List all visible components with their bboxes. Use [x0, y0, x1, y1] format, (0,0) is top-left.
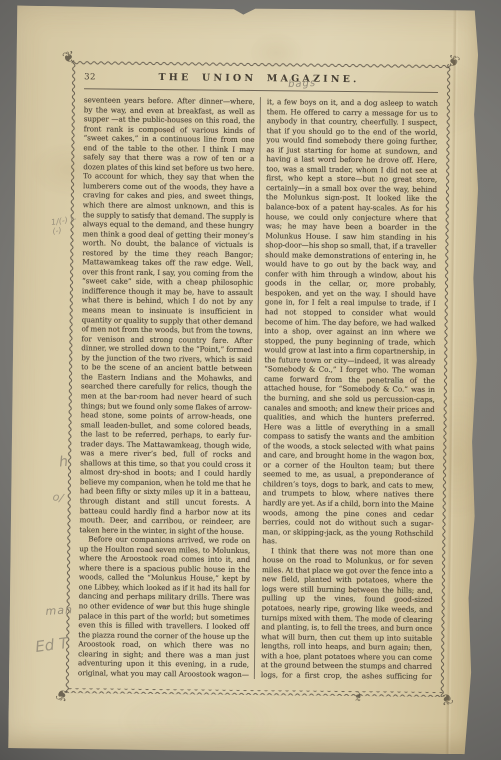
corner-flourish-icon: ❦	[54, 686, 70, 703]
pencil-mark-line: (-)	[52, 226, 62, 236]
bottom-sprig-icon: ❧	[351, 691, 366, 702]
wavy-border	[65, 60, 452, 697]
magazine-page-photo: ❦ ❦ ❦ ❦ ❧ 32 THE UNION MAGAZINE. sevente…	[8, 6, 490, 755]
pencil-initials: Ed T	[34, 634, 69, 656]
corner-flourish-icon: ❦	[446, 53, 462, 70]
ornamental-border-frame: ❦ ❦ ❦ ❦ ❧ 32 THE UNION MAGAZINE. sevente…	[65, 60, 452, 697]
corner-flourish-icon: ❦	[440, 690, 455, 707]
corner-flourish-icon: ❦	[61, 49, 76, 66]
pencil-margin-o: o/	[52, 490, 64, 504]
